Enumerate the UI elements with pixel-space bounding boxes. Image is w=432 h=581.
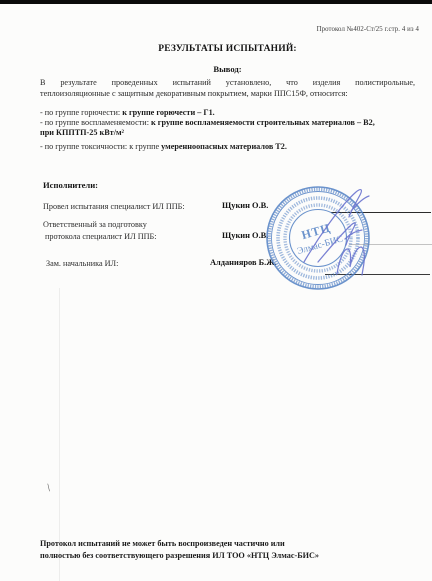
signature-stroke-row1 [351, 196, 369, 211]
scan-edge-bar [0, 0, 432, 4]
pen-signatures [304, 190, 369, 275]
conclusion-paragraph-line1: В результате проведенных испытаний устан… [40, 77, 415, 88]
executor-row-label: Провел испытания специалист ИЛ ППБ: [43, 202, 185, 211]
footer-disclaimer: Протокол испытаний не может быть воспрои… [40, 538, 400, 561]
bullet-toxicity-group: - по группе токсичности: к группе умерен… [40, 142, 418, 152]
bullet-emphasis: умеренноопасных материалов Т2. [161, 142, 287, 151]
content-block: РЕЗУЛЬТАТЫ ИСПЫТАНИЙ: Вывод: В результат… [40, 44, 415, 99]
bullet-emphasis: к группе горючести – Г1. [122, 108, 215, 117]
footer-line1: Протокол испытаний не может быть воспрои… [40, 538, 400, 550]
executors-heading: Исполнители: [43, 180, 98, 190]
executor-row-name: Алданияров Б.Ж. [210, 258, 277, 267]
result-bullets: - по группе горючести: к группе горючест… [40, 108, 418, 152]
footer-line2: полностью без соответствующего разрешени… [40, 550, 400, 562]
signature-stroke-row3 [337, 247, 364, 275]
bullet-emphasis: к группе воспламеняемости строительных м… [151, 118, 375, 127]
bullet-text: - по группе горючести: [40, 108, 122, 117]
executor-row-label: Зам. начальника ИЛ: [46, 259, 118, 268]
signature-line [349, 244, 432, 245]
conclusion-paragraph-line2: теплоизоляционные с защитным декоративны… [40, 88, 415, 99]
executor-row-name: Щукин О.В. [222, 201, 268, 210]
signature-line [325, 274, 430, 275]
stamp-center-line1: НТЦ [300, 220, 332, 242]
stray-pen-mark: \ [46, 482, 50, 494]
bullet-flammability-group: - по группе горючести: к группе горючест… [40, 108, 418, 118]
executor-row-label: протокола специалист ИЛ ППБ: [45, 232, 157, 241]
bullet-text: - по группе токсичности: к группе [40, 142, 161, 151]
executor-row-name: Щукин О.В. [222, 231, 268, 240]
signature-stroke-row2 [345, 230, 362, 239]
executor-row-label: Ответственный за подготовку [43, 220, 147, 229]
stamp-center-line2: Элмас-БИС [296, 234, 344, 257]
page-header-protocol-number: Протокол №402-Ст/25 г.стр. 4 из 4 [317, 26, 419, 33]
signature-stroke-row1 [304, 190, 361, 262]
bullet-ignitability-group: - по группе воспламеняемости: к группе в… [40, 118, 418, 138]
protocol-page: Протокол №402-Ст/25 г.стр. 4 из 4 РЕЗУЛЬ… [0, 0, 432, 581]
conclusion-heading: Вывод: [40, 64, 415, 74]
page-title: РЕЗУЛЬТАТЫ ИСПЫТАНИЙ: [40, 44, 415, 54]
bullet-text: - по группе воспламеняемости: [40, 118, 151, 127]
bullet-emphasis-continued: при КППТП-25 кВт/м² [40, 128, 418, 138]
signature-line [331, 212, 431, 213]
signature-stroke-row2 [318, 223, 355, 262]
